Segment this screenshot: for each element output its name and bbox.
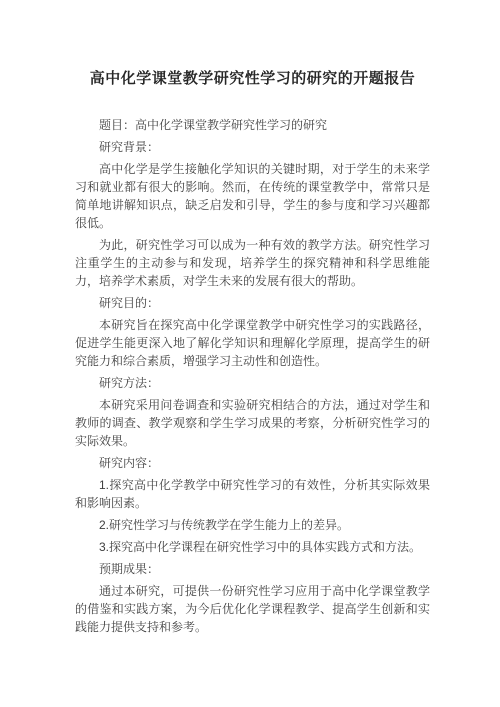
- document-title: 高中化学课堂教学研究性学习的研究的开题报告: [75, 68, 430, 90]
- content-item-3: 3.探究高中化学课程在研究性学习中的具体实践方式和方法。: [75, 538, 430, 556]
- section-heading-content: 研究内容：: [75, 454, 430, 472]
- purpose-paragraph: 本研究旨在探究高中化学课堂教学中研究性学习的实践路径，促进学生能更深入地了解化学…: [75, 316, 430, 370]
- content-item-1: 1.探究高中化学教学中研究性学习的有效性，分析其实际效果和影响因素。: [75, 476, 430, 512]
- document-page: 高中化学课堂教学研究性学习的研究的开题报告 题目：高中化学课堂教学研究性学习的研…: [0, 0, 500, 707]
- section-heading-expected-results: 预期成果：: [75, 560, 430, 578]
- background-paragraph-2: 为此，研究性学习可以成为一种有效的教学方法。研究性学习注重学生的主动参与和发现，…: [75, 236, 430, 290]
- background-paragraph-1: 高中化学是学生接触化学知识的关键时期，对于学生的未来学习和就业都有很大的影响。然…: [75, 160, 430, 232]
- section-heading-purpose: 研究目的：: [75, 294, 430, 312]
- expected-results-paragraph: 通过本研究，可提供一份研究性学习应用于高中化学课堂教学的借鉴和实践方案，为今后优…: [75, 582, 430, 636]
- section-heading-background: 研究背景：: [75, 138, 430, 156]
- methods-paragraph: 本研究采用问卷调查和实验研究相结合的方法，通过对学生和教师的调查、教学观察和学生…: [75, 396, 430, 450]
- section-heading-methods: 研究方法：: [75, 374, 430, 392]
- subject-line: 题目：高中化学课堂教学研究性学习的研究: [75, 116, 430, 134]
- content-item-2: 2.研究性学习与传统教学在学生能力上的差异。: [75, 516, 430, 534]
